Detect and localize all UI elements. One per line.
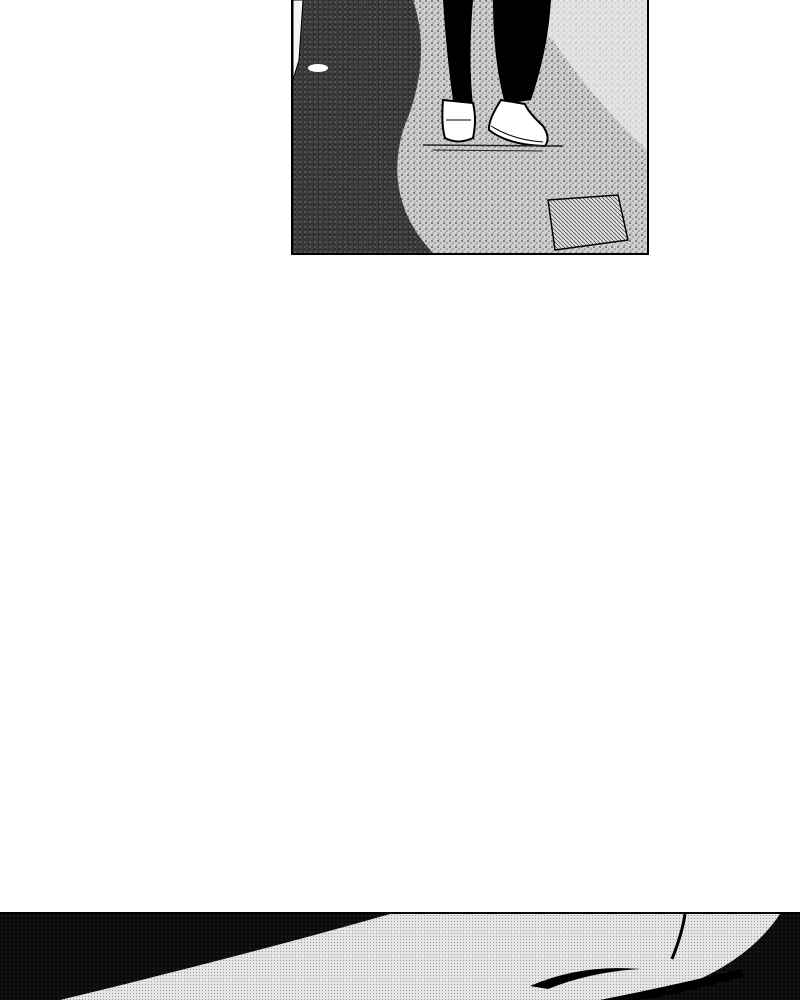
closeup-illustration <box>0 914 800 1000</box>
comic-panel-closeup <box>0 912 800 1000</box>
comic-panel-walking-feet <box>291 0 649 255</box>
walking-feet-illustration <box>293 0 647 253</box>
